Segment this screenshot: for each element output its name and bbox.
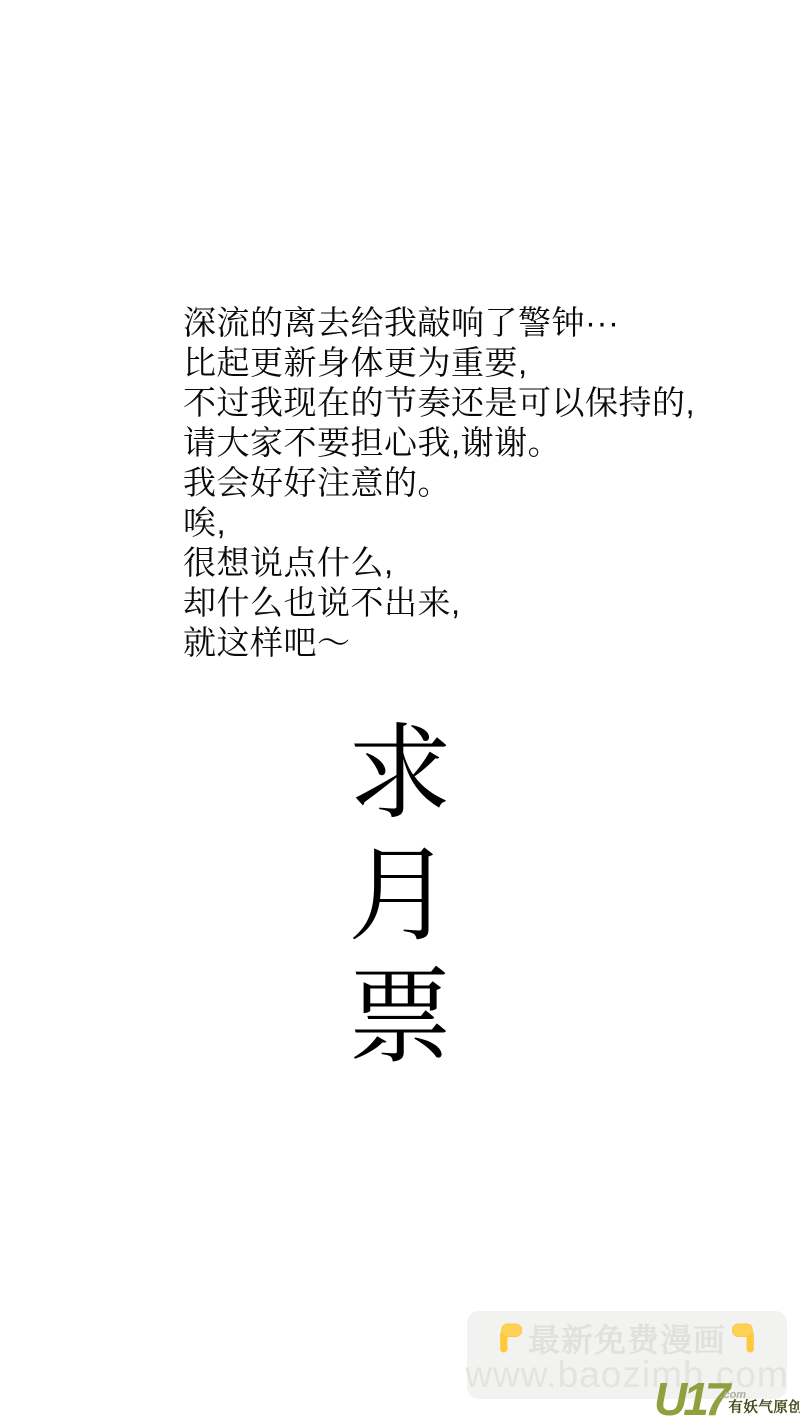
banner-char: 求 xyxy=(348,712,452,834)
author-note-line: 很想说点什么, xyxy=(183,543,695,583)
point-down-icon xyxy=(496,1322,523,1354)
banner-char: 月 xyxy=(348,834,452,956)
u17-logo: U17 .com 有妖气原创漫画 xyxy=(654,1381,800,1417)
author-note: 深流的离去给我敲响了警钟··· 比起更新身体更为重要, 不过我现在的节奏还是可以… xyxy=(183,303,695,663)
u17-tagline-text: 有妖气原创漫画 xyxy=(728,1400,800,1417)
comic-page: 深流的离去给我敲响了警钟··· 比起更新身体更为重要, 不过我现在的节奏还是可以… xyxy=(0,0,800,1422)
u17-domain-text: .com xyxy=(720,1390,746,1400)
author-note-line: 深流的离去给我敲响了警钟··· xyxy=(183,303,695,343)
point-down-icon xyxy=(731,1322,758,1354)
author-note-line: 却什么也说不出来, xyxy=(183,583,695,623)
u17-brand-text: U17 xyxy=(654,1381,726,1417)
watermark-title-row: 最新免费漫画 xyxy=(496,1319,758,1357)
monthly-ticket-banner: 求 月 票 xyxy=(0,712,800,1078)
author-note-line: 唉, xyxy=(183,503,695,543)
author-note-line: 比起更新身体更为重要, xyxy=(183,343,695,383)
u17-logo-right: .com 有妖气原创漫画 xyxy=(728,1390,800,1417)
banner-char: 票 xyxy=(348,956,452,1078)
author-note-line: 就这样吧～ xyxy=(183,623,695,663)
author-note-line: 请大家不要担心我,谢谢。 xyxy=(183,423,695,463)
author-note-line: 我会好好注意的。 xyxy=(183,463,695,503)
author-note-line: 不过我现在的节奏还是可以保持的, xyxy=(183,383,695,423)
